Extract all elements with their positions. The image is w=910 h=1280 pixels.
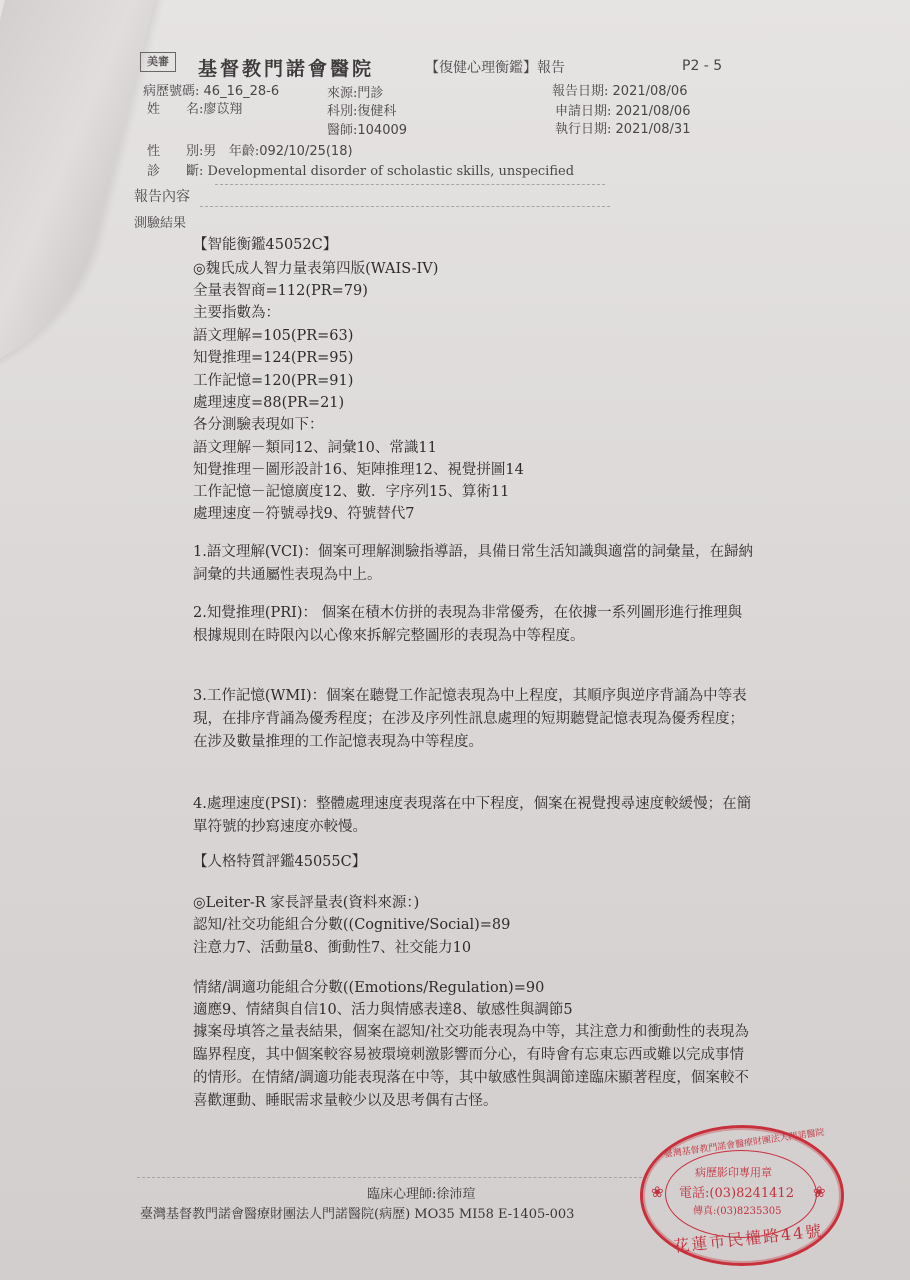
personality-heading: 【人格特質評鑑45055C】 <box>193 851 366 874</box>
hospital-name: 基督教門諾會醫院 <box>198 54 374 81</box>
record-copy-seal: 臺灣基督教門諾會醫療財團法人門諾醫院 ❀ ❀ 病歷影印專用章 電話:(03)82… <box>640 1125 844 1266</box>
record-no-value: 46_16_28-6 <box>204 84 280 99</box>
emotions-regulation-items: 適應9、情緒與自信10、活力與情感表達8、敏感性與調節5 <box>193 999 573 1022</box>
score-line: 主要指數為： <box>193 302 280 325</box>
exec-date-value: 2021/08/31 <box>616 122 691 137</box>
personality-summary: 據案母填答之量表結果，個案在認知/社交功能表現為中等，其注意力和衝動性的表現為臨… <box>193 1021 753 1113</box>
interpretation-pri: 2.知覺推理(PRI)： 個案在積木仿拼的表現為非常優秀，在依據一系列圖形進行推… <box>193 602 753 648</box>
sex-label: 性 別: <box>147 144 203 159</box>
emotions-regulation-score: 情緒/調適功能組合分數((Emotions/Regulation)=90 <box>193 977 544 1000</box>
name-label: 姓 名: <box>147 102 203 117</box>
diagnosis-field: 診 斷: Developmental disorder of scholasti… <box>147 160 574 179</box>
intelligence-test-name: ◎魏氏成人智力量表第四版(WAIS-IV) <box>193 258 438 281</box>
source-label: 來源: <box>327 86 357 101</box>
cognitive-social-score: 認知/社交功能組合分數((Cognitive/Social)=89 <box>193 914 510 937</box>
physician-label: 醫師: <box>327 123 357 138</box>
score-line: 知覺推理=124(PR=95) <box>193 347 353 370</box>
score-line: 處理速度－符號尋找9、符號替代7 <box>193 503 414 526</box>
interpretation-wmi: 3.工作記憶(WMI)：個案在聽覺工作記憶表現為中上程度，其順序與逆序背誦為中等… <box>193 685 753 754</box>
divider-dashed <box>215 184 605 185</box>
score-line: 工作記憶－記憶廣度12、數．字序列15、算術11 <box>193 481 509 504</box>
section-title: 報告內容 <box>134 186 190 206</box>
department-label: 科別: <box>327 104 357 119</box>
report-date-value: 2021/08/06 <box>613 84 688 99</box>
report-date-field: 報告日期: 2021/08/06 <box>552 80 687 99</box>
intelligence-heading: 【智能衡鑑45052C】 <box>193 234 337 257</box>
request-date-field: 申請日期: 2021/08/06 <box>555 100 690 119</box>
score-line: 知覺推理－圖形設計16、矩陣推理12、視覺拼圖14 <box>193 459 524 482</box>
review-stamp-box: 美審 <box>140 52 176 72</box>
plum-blossom-icon: ❀ <box>813 1183 826 1201</box>
diagnosis-value: Developmental disorder of scholastic ski… <box>208 164 574 179</box>
subsection-title: 測驗結果 <box>134 212 186 231</box>
institution-line: 臺灣基督教門諾會醫療財團法人門諾醫院(病歷) MO35 MI58 E-1405-… <box>140 1203 574 1222</box>
physician-field: 醫師:104009 <box>327 119 407 138</box>
age-label: 年齡: <box>229 144 259 159</box>
score-line: 各分測驗表現如下： <box>193 414 324 437</box>
name-field: 姓 名:廖苡翔 <box>147 98 242 117</box>
department-field: 科別:復健科 <box>327 100 396 119</box>
diagnosis-label: 診 斷: <box>147 164 203 179</box>
sex-age-field: 性 別:男 年齡:092/10/25(18) <box>147 140 353 159</box>
interpretation-vci: 1.語文理解(VCI)：個案可理解測驗指導語，具備日常生活知識與適當的詞彙量，在… <box>193 541 753 587</box>
sex-value: 男 <box>203 144 216 159</box>
name-value: 廖苡翔 <box>203 102 242 117</box>
record-no-field: 病歷號碼: 46_16_28-6 <box>143 80 279 99</box>
record-no-label: 病歷號碼: <box>143 84 199 99</box>
score-line: 處理速度=88(PR=21) <box>193 392 344 415</box>
exec-date-label: 執行日期: <box>555 122 611 137</box>
document-page: 美審 基督教門諾會醫院 【復健心理衡鑑】報告 P2 - 5 病歷號碼: 46_1… <box>0 0 910 1280</box>
psychologist-signature: 臨床心理師:徐沛瑄 <box>367 1183 475 1202</box>
request-date-label: 申請日期: <box>555 104 611 119</box>
seal-title: 病歷影印專用章 <box>695 1164 772 1180</box>
exec-date-field: 執行日期: 2021/08/31 <box>555 118 690 137</box>
report-date-label: 報告日期: <box>552 84 608 99</box>
department-value: 復健科 <box>357 104 396 119</box>
score-line: 全量表智商=112(PR=79) <box>193 280 368 303</box>
score-line: 語文理解=105(PR=63) <box>193 325 353 348</box>
source-value: 門診 <box>357 86 383 101</box>
divider-dashed <box>200 206 610 207</box>
score-line: 語文理解－類同12、詞彙10、常識11 <box>193 437 437 460</box>
cognitive-social-items: 注意力7、活動量8、衝動性7、社交能力10 <box>193 937 471 960</box>
request-date-value: 2021/08/06 <box>616 104 691 119</box>
seal-fax: 傳真:(03)8235305 <box>693 1202 781 1217</box>
interpretation-psi: 4.處理速度(PSI)：整體處理速度表現落在中下程度，個案在視覺搜尋速度較緩慢；… <box>193 793 753 839</box>
plum-blossom-icon: ❀ <box>651 1183 664 1201</box>
footer-divider <box>137 1177 647 1178</box>
page-number: P2 - 5 <box>682 58 722 74</box>
physician-value: 104009 <box>357 123 407 138</box>
report-type: 【復健心理衡鑑】報告 <box>425 57 565 77</box>
score-line: 工作記憶=120(PR=91) <box>193 370 353 393</box>
source-field: 來源:門診 <box>327 82 383 101</box>
seal-phone: 電話:(03)8241412 <box>679 1182 794 1201</box>
age-value: 092/10/25(18) <box>259 144 352 159</box>
personality-test-name: ◎Leiter-R 家長評量表(資料來源：) <box>193 892 419 915</box>
